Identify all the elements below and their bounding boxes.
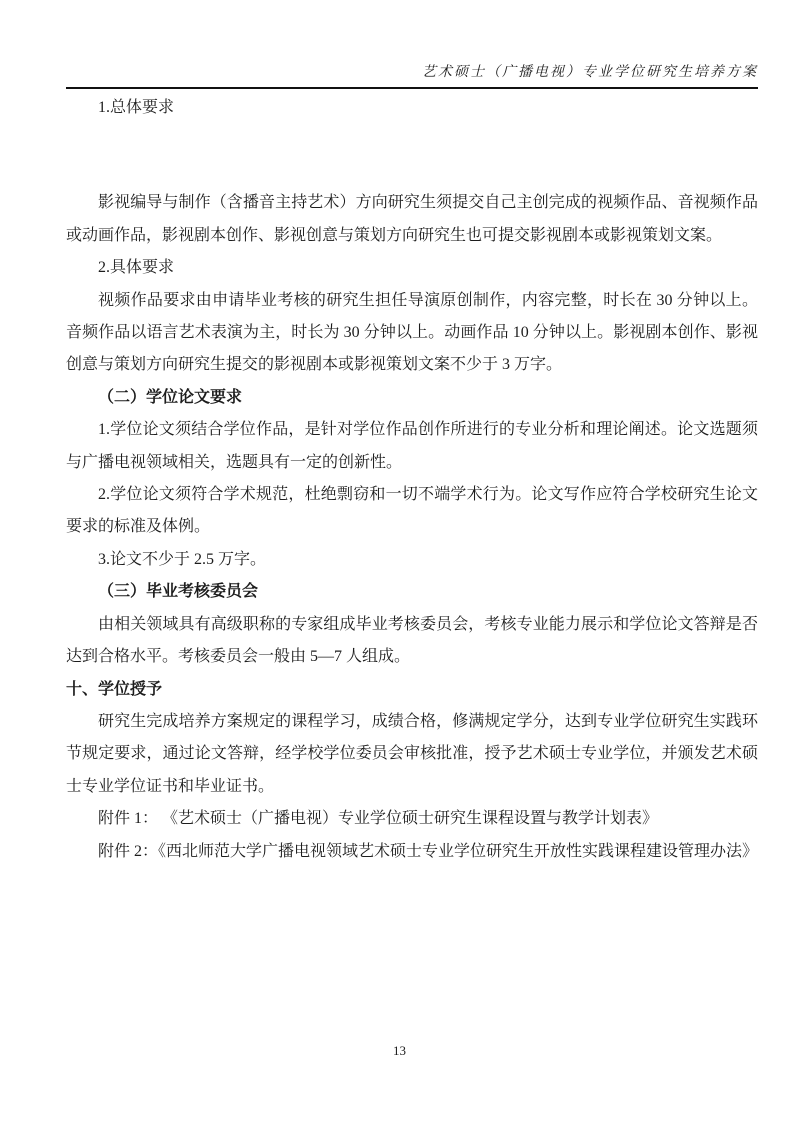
- section-subheading-specific-requirements: 2.具体要求: [66, 252, 758, 284]
- attachment-2: 附件 2：《西北师范大学广播电视领域艺术硕士专业学位研究生开放性实践课程建设管理…: [66, 836, 758, 868]
- paragraph-thesis-topic: 1.学位论文须结合学位作品，是针对学位作品创作所进行的专业分析和理论阐述。论文选…: [66, 414, 758, 479]
- heading-graduation-assessment-committee: （三）毕业考核委员会: [66, 576, 758, 608]
- paragraph-thesis-academic-norms: 2.学位论文须符合学术规范，杜绝剽窃和一切不端学术行为。论文写作应符合学校研究生…: [66, 479, 758, 544]
- section-subheading-general-requirements: 1.总体要求: [66, 92, 758, 124]
- paragraph-film-directing-works: 影视编导与制作（含播音主持艺术）方向研究生须提交自己主创完成的视频作品、音视频作…: [66, 187, 758, 252]
- page-header-title: 艺术硕士（广播电视）专业学位研究生培养方案: [422, 65, 758, 80]
- paragraph-committee-composition: 由相关领域具有高级职称的专家组成毕业考核委员会，考核专业能力展示和学位论文答辩是…: [66, 609, 758, 674]
- document-page: 艺术硕士（广播电视）专业学位研究生培养方案 1.总体要求 影视编导与制作（含播音…: [0, 0, 799, 1131]
- page-header: 艺术硕士（广播电视）专业学位研究生培养方案: [66, 64, 758, 89]
- page-footer: 13: [0, 1042, 799, 1060]
- document-body: 1.总体要求 影视编导与制作（含播音主持艺术）方向研究生须提交自己主创完成的视频…: [66, 92, 758, 868]
- blank-space: [66, 124, 758, 187]
- paragraph-degree-conferral-conditions: 研究生完成培养方案规定的课程学习，成绩合格，修满规定学分，达到专业学位研究生实践…: [66, 706, 758, 803]
- paragraph-work-duration-requirements: 视频作品要求由申请毕业考核的研究生担任导演原创制作，内容完整，时长在 30 分钟…: [66, 285, 758, 382]
- heading-degree-conferral: 十、学位授予: [66, 674, 758, 706]
- page-number: 13: [393, 1043, 406, 1058]
- attachment-1: 附件 1： 《艺术硕士（广播电视）专业学位硕士研究生课程设置与教学计划表》: [66, 803, 758, 835]
- heading-thesis-requirements: （二）学位论文要求: [66, 382, 758, 414]
- paragraph-thesis-word-count: 3.论文不少于 2.5 万字。: [66, 544, 758, 576]
